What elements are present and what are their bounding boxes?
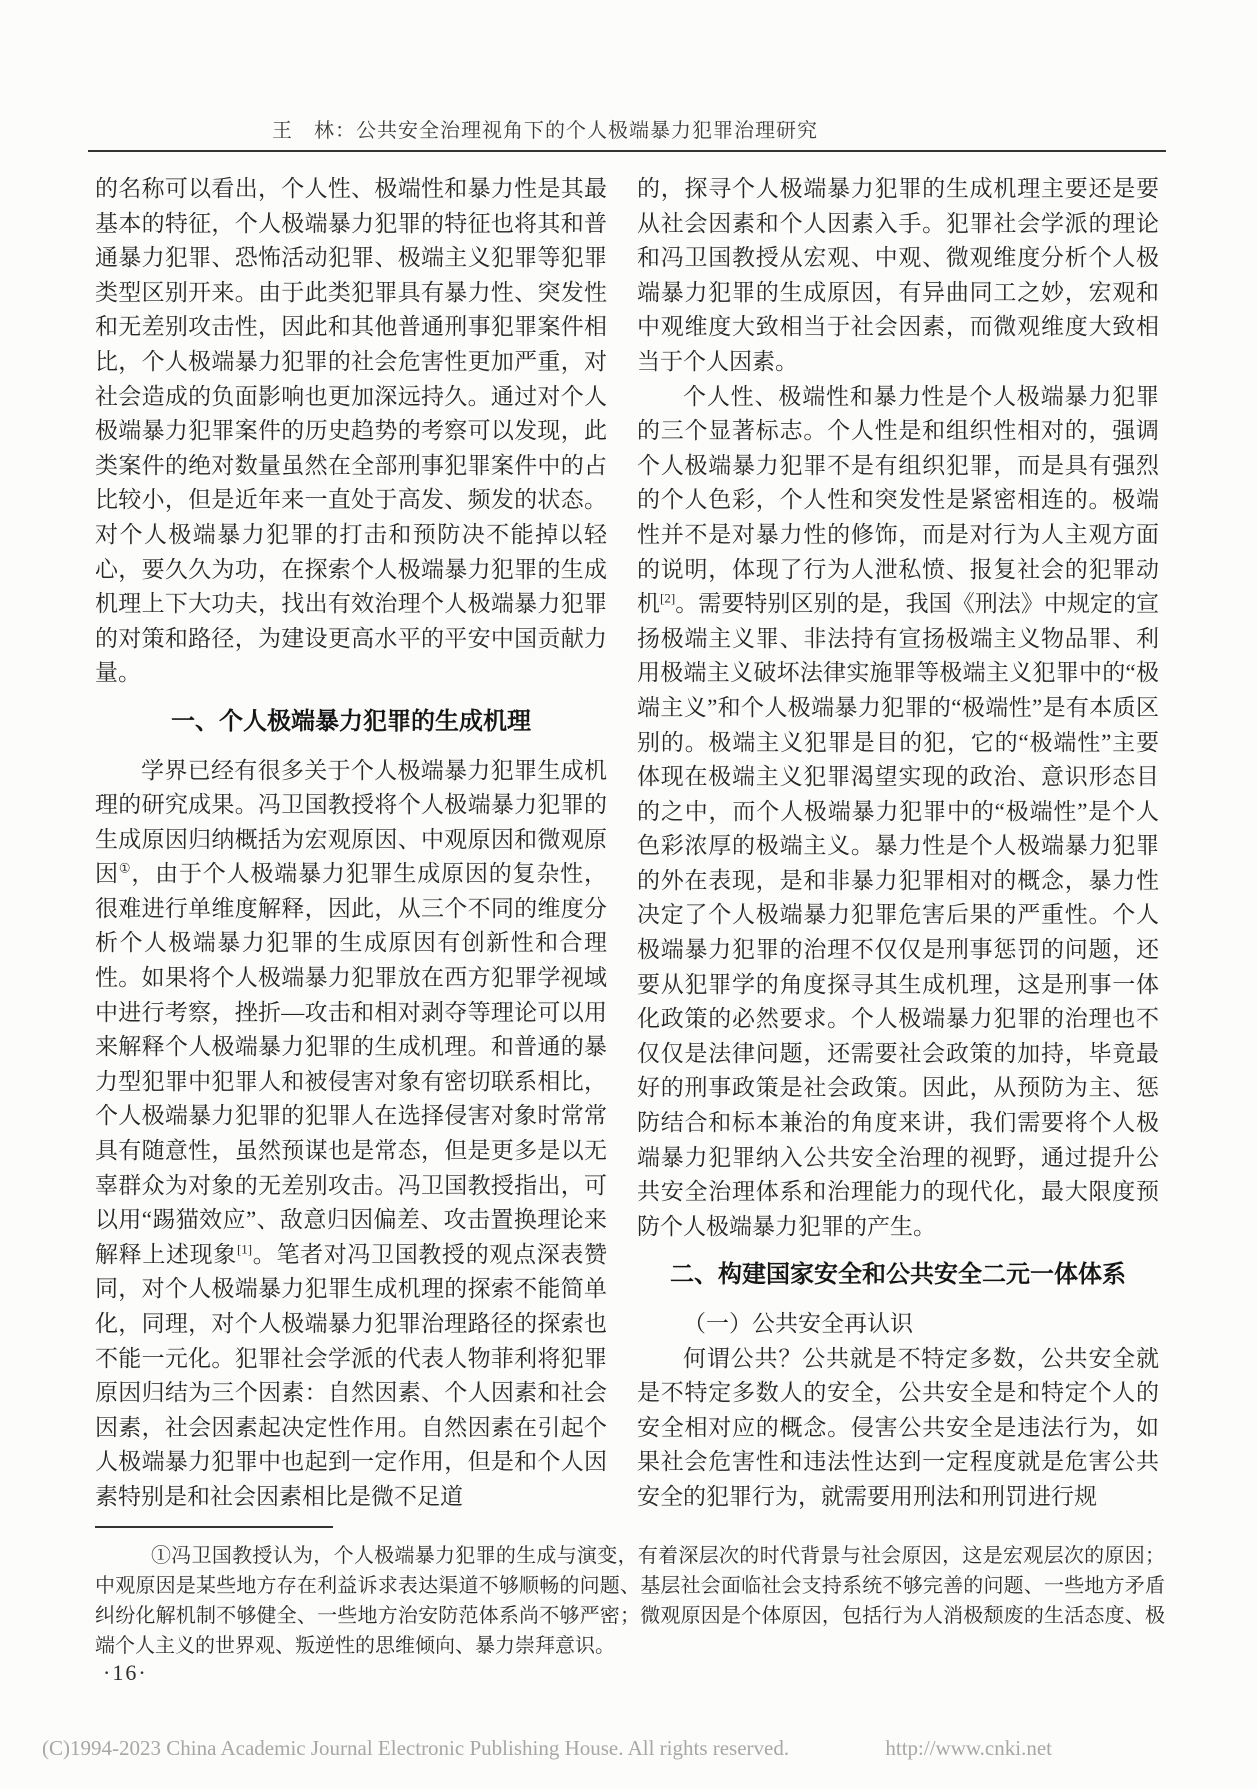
section-1-heading: 一、个人极端暴力犯罪的生成机理: [95, 705, 607, 740]
footnote-divider: [95, 1526, 333, 1528]
right-column: 的，探寻个人极端暴力犯罪的生成机理主要还是要从社会因素和个人因素入手。犯罪社会学…: [637, 172, 1159, 1515]
footnote-text: ①冯卫国教授认为，个人极端暴力犯罪的生成与演变，有着深层次的时代背景与社会原因，…: [95, 1541, 1165, 1661]
paragraph-three-marks: 个人性、极端性和暴力性是个人极端暴力犯罪的三个显著标志。个人性是和组织性相对的，…: [637, 380, 1159, 1245]
footer-url: http://www.cnki.net: [885, 1736, 1052, 1761]
paragraph-generation-mechanism: 学界已经有很多关于个人极端暴力犯罪生成机理的研究成果。冯卫国教授将个人极端暴力犯…: [95, 754, 607, 1515]
subsection-1-heading: （一）公共安全再认识: [637, 1307, 1159, 1342]
running-head-title: 王 林：公共安全治理视角下的个人极端暴力犯罪治理研究: [0, 114, 1090, 143]
paragraph-public-safety: 何谓公共？公共就是不特定多数，公共安全就是不特定多数人的安全，公共安全是和特定个…: [637, 1342, 1159, 1515]
page-number: ·16·: [103, 1660, 148, 1686]
footer-copyright: (C)1994-2023 China Academic Journal Elec…: [42, 1736, 789, 1761]
journal-page: 王 林：公共安全治理视角下的个人极端暴力犯罪治理研究 的名称可以看出，个人性、极…: [0, 0, 1257, 1789]
article-body: 的名称可以看出，个人性、极端性和暴力性是其最基本的特征，个人极端暴力犯罪的特征也…: [95, 172, 1159, 1515]
footer: (C)1994-2023 China Academic Journal Elec…: [42, 1736, 1052, 1761]
paragraph-features-continued: 的名称可以看出，个人性、极端性和暴力性是其最基本的特征，个人极端暴力犯罪的特征也…: [95, 172, 607, 691]
section-2-heading: 二、构建国家安全和公共安全二元一体体系: [637, 1258, 1159, 1293]
paragraph-generation-mechanism-continued: 的，探寻个人极端暴力犯罪的生成机理主要还是要从社会因素和个人因素入手。犯罪社会学…: [637, 172, 1159, 380]
left-column: 的名称可以看出，个人性、极端性和暴力性是其最基本的特征，个人极端暴力犯罪的特征也…: [95, 172, 607, 1515]
header-divider: [88, 150, 1166, 152]
